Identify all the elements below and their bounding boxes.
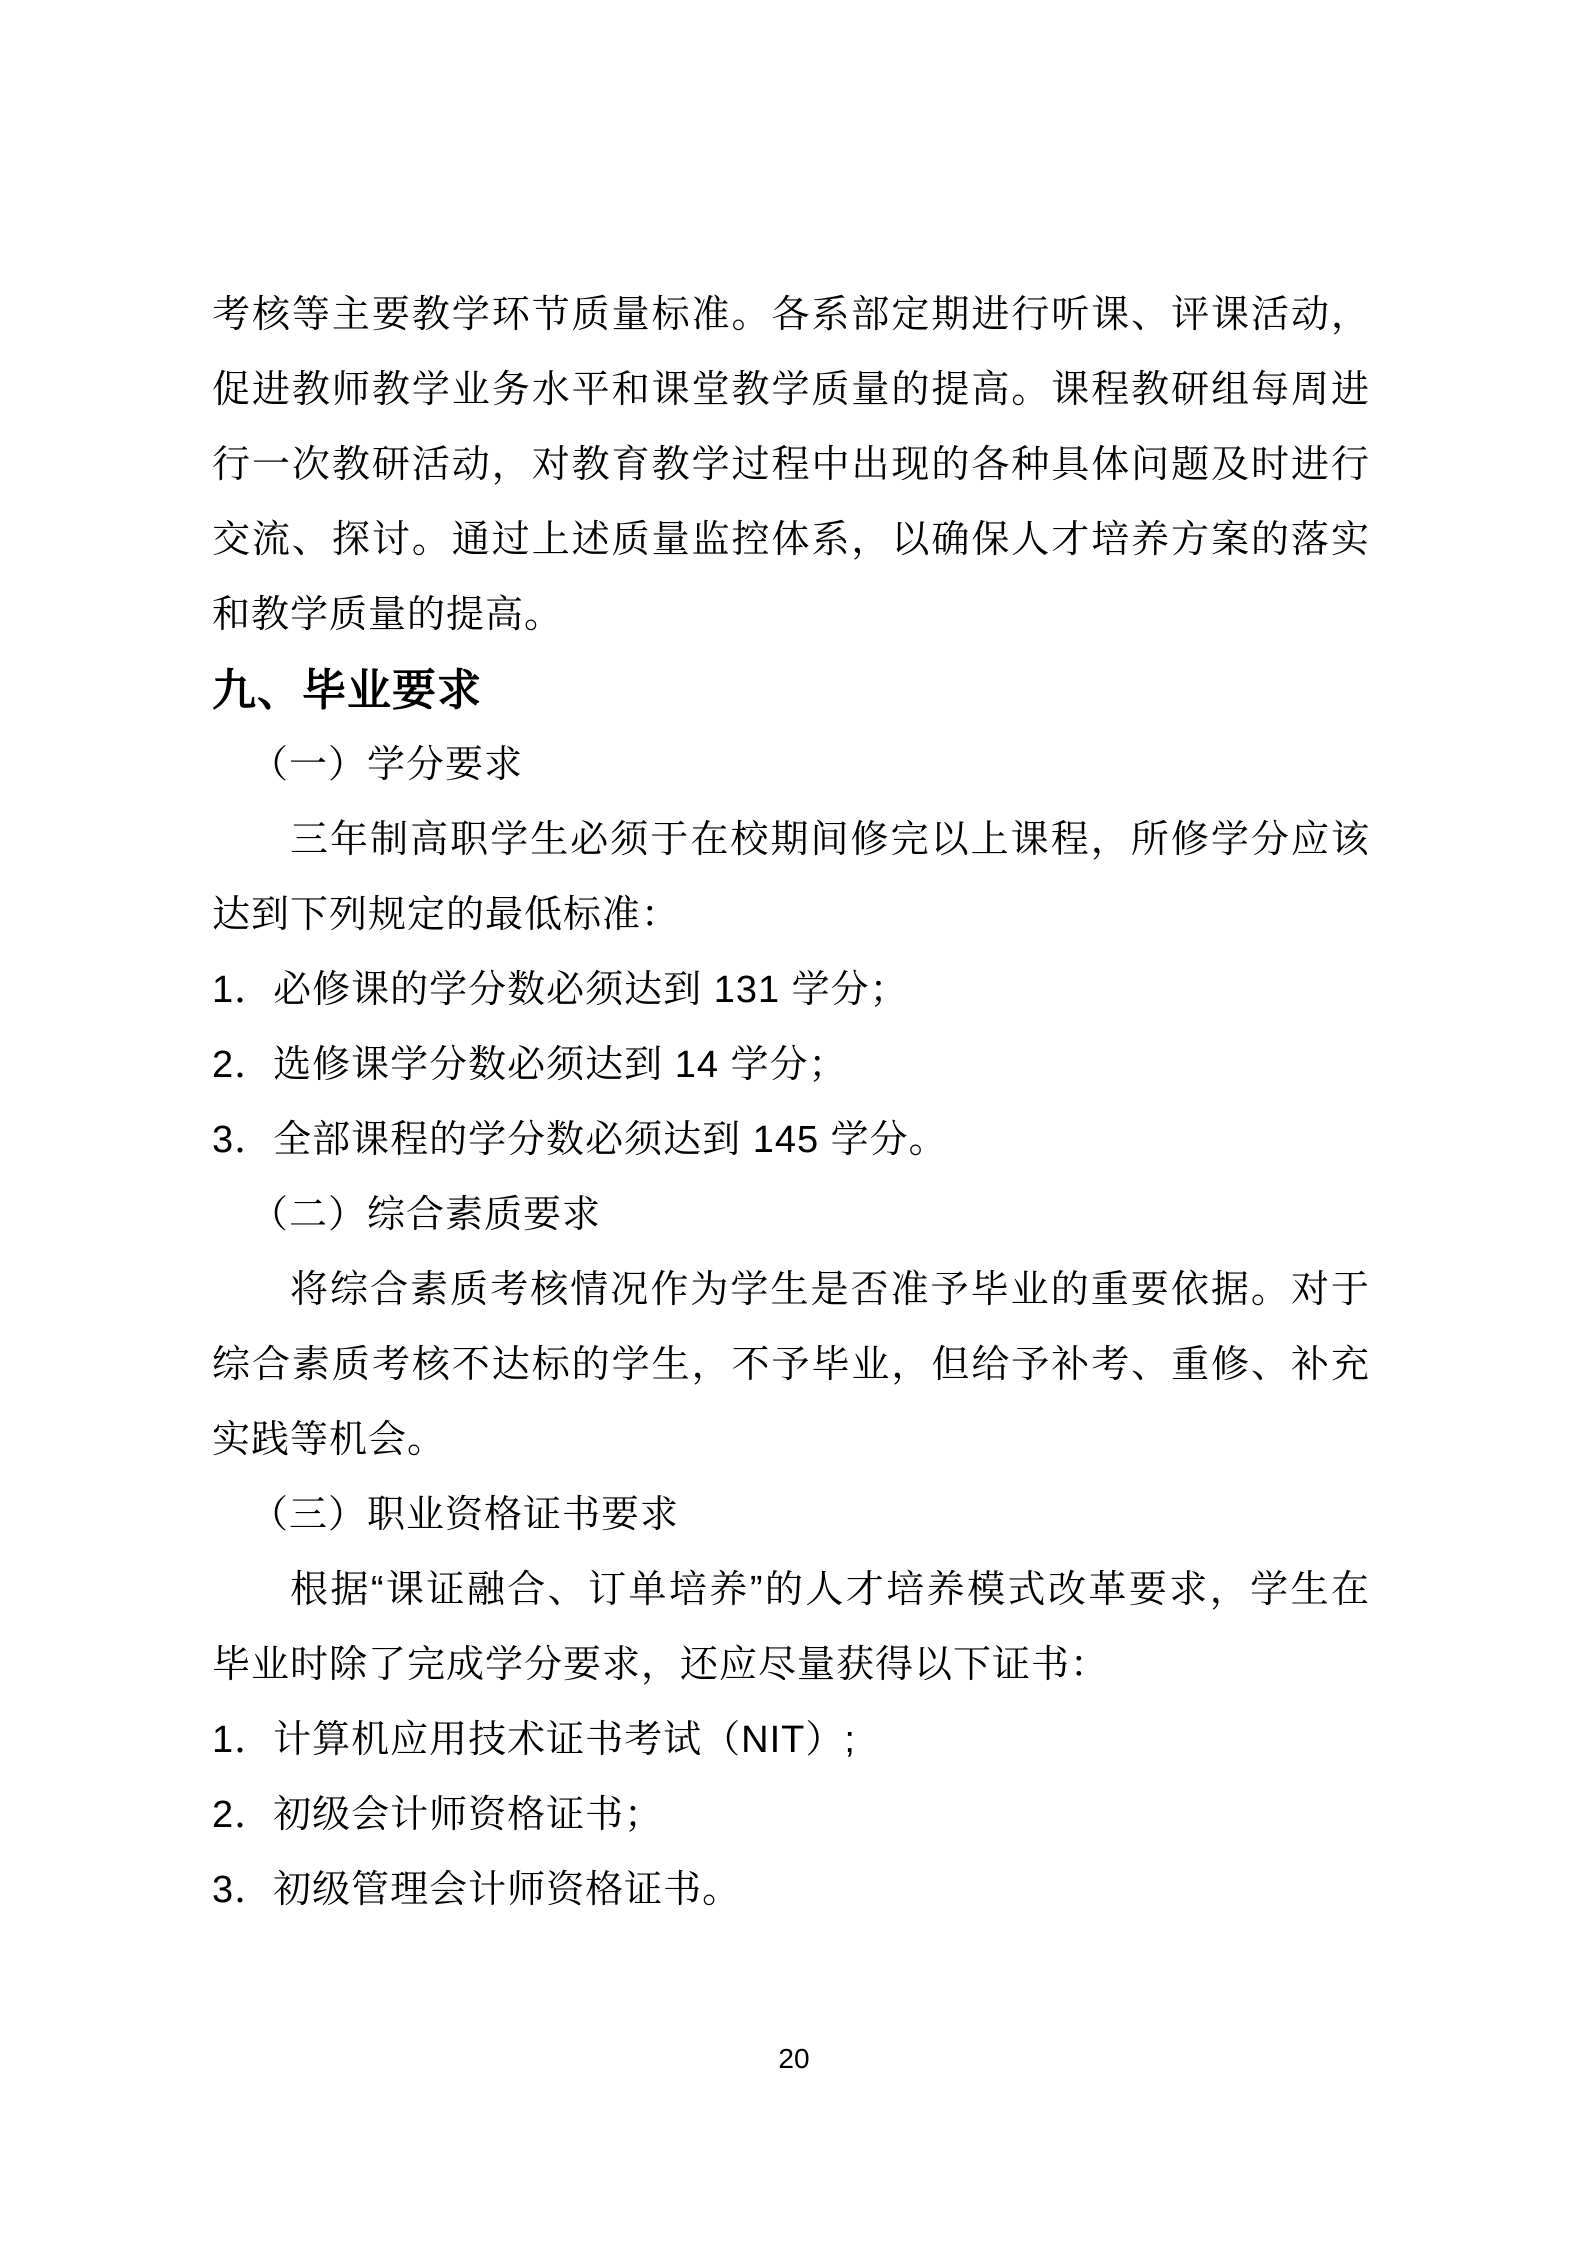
list-item-nit-certificate: 1．计算机应用技术证书考试（NIT）; (212, 1703, 1370, 1778)
list-item-junior-management-accountant-certificate: 3．初级管理会计师资格证书。 (212, 1853, 1370, 1928)
section-heading-graduation-requirements: 九、毕业要求 (212, 653, 1370, 728)
list-item-required-credits: 1．必修课的学分数必须达到 131 学分； (212, 953, 1370, 1028)
page-number: 20 (0, 2042, 1588, 2076)
subsection-heading-credit-requirements: （一）学分要求 (212, 728, 1370, 803)
document-page: 考核等主要教学环节质量标准。各系部定期进行听课、评课活动，促进教师教学业务水平和… (0, 0, 1588, 2245)
list-item-elective-credits: 2．选修课学分数必须达到 14 学分； (212, 1028, 1370, 1103)
paragraph-certificates-intro: 根据“课证融合、订单培养”的人才培养模式改革要求，学生在毕业时除了完成学分要求，… (212, 1553, 1370, 1703)
paragraph-teaching-quality-monitoring: 考核等主要教学环节质量标准。各系部定期进行听课、评课活动，促进教师教学业务水平和… (212, 278, 1370, 653)
paragraph-credit-requirements-intro: 三年制高职学生必须于在校期间修完以上课程，所修学分应该达到下列规定的最低标准： (212, 803, 1370, 953)
subsection-heading-vocational-certificates: （三）职业资格证书要求 (212, 1478, 1370, 1553)
list-item-junior-accountant-certificate: 2．初级会计师资格证书； (212, 1778, 1370, 1853)
list-item-total-credits: 3．全部课程的学分数必须达到 145 学分。 (212, 1103, 1370, 1178)
subsection-heading-comprehensive-quality: （二）综合素质要求 (212, 1178, 1370, 1253)
paragraph-comprehensive-quality: 将综合素质考核情况作为学生是否准予毕业的重要依据。对于综合素质考核不达标的学生，… (212, 1253, 1370, 1478)
